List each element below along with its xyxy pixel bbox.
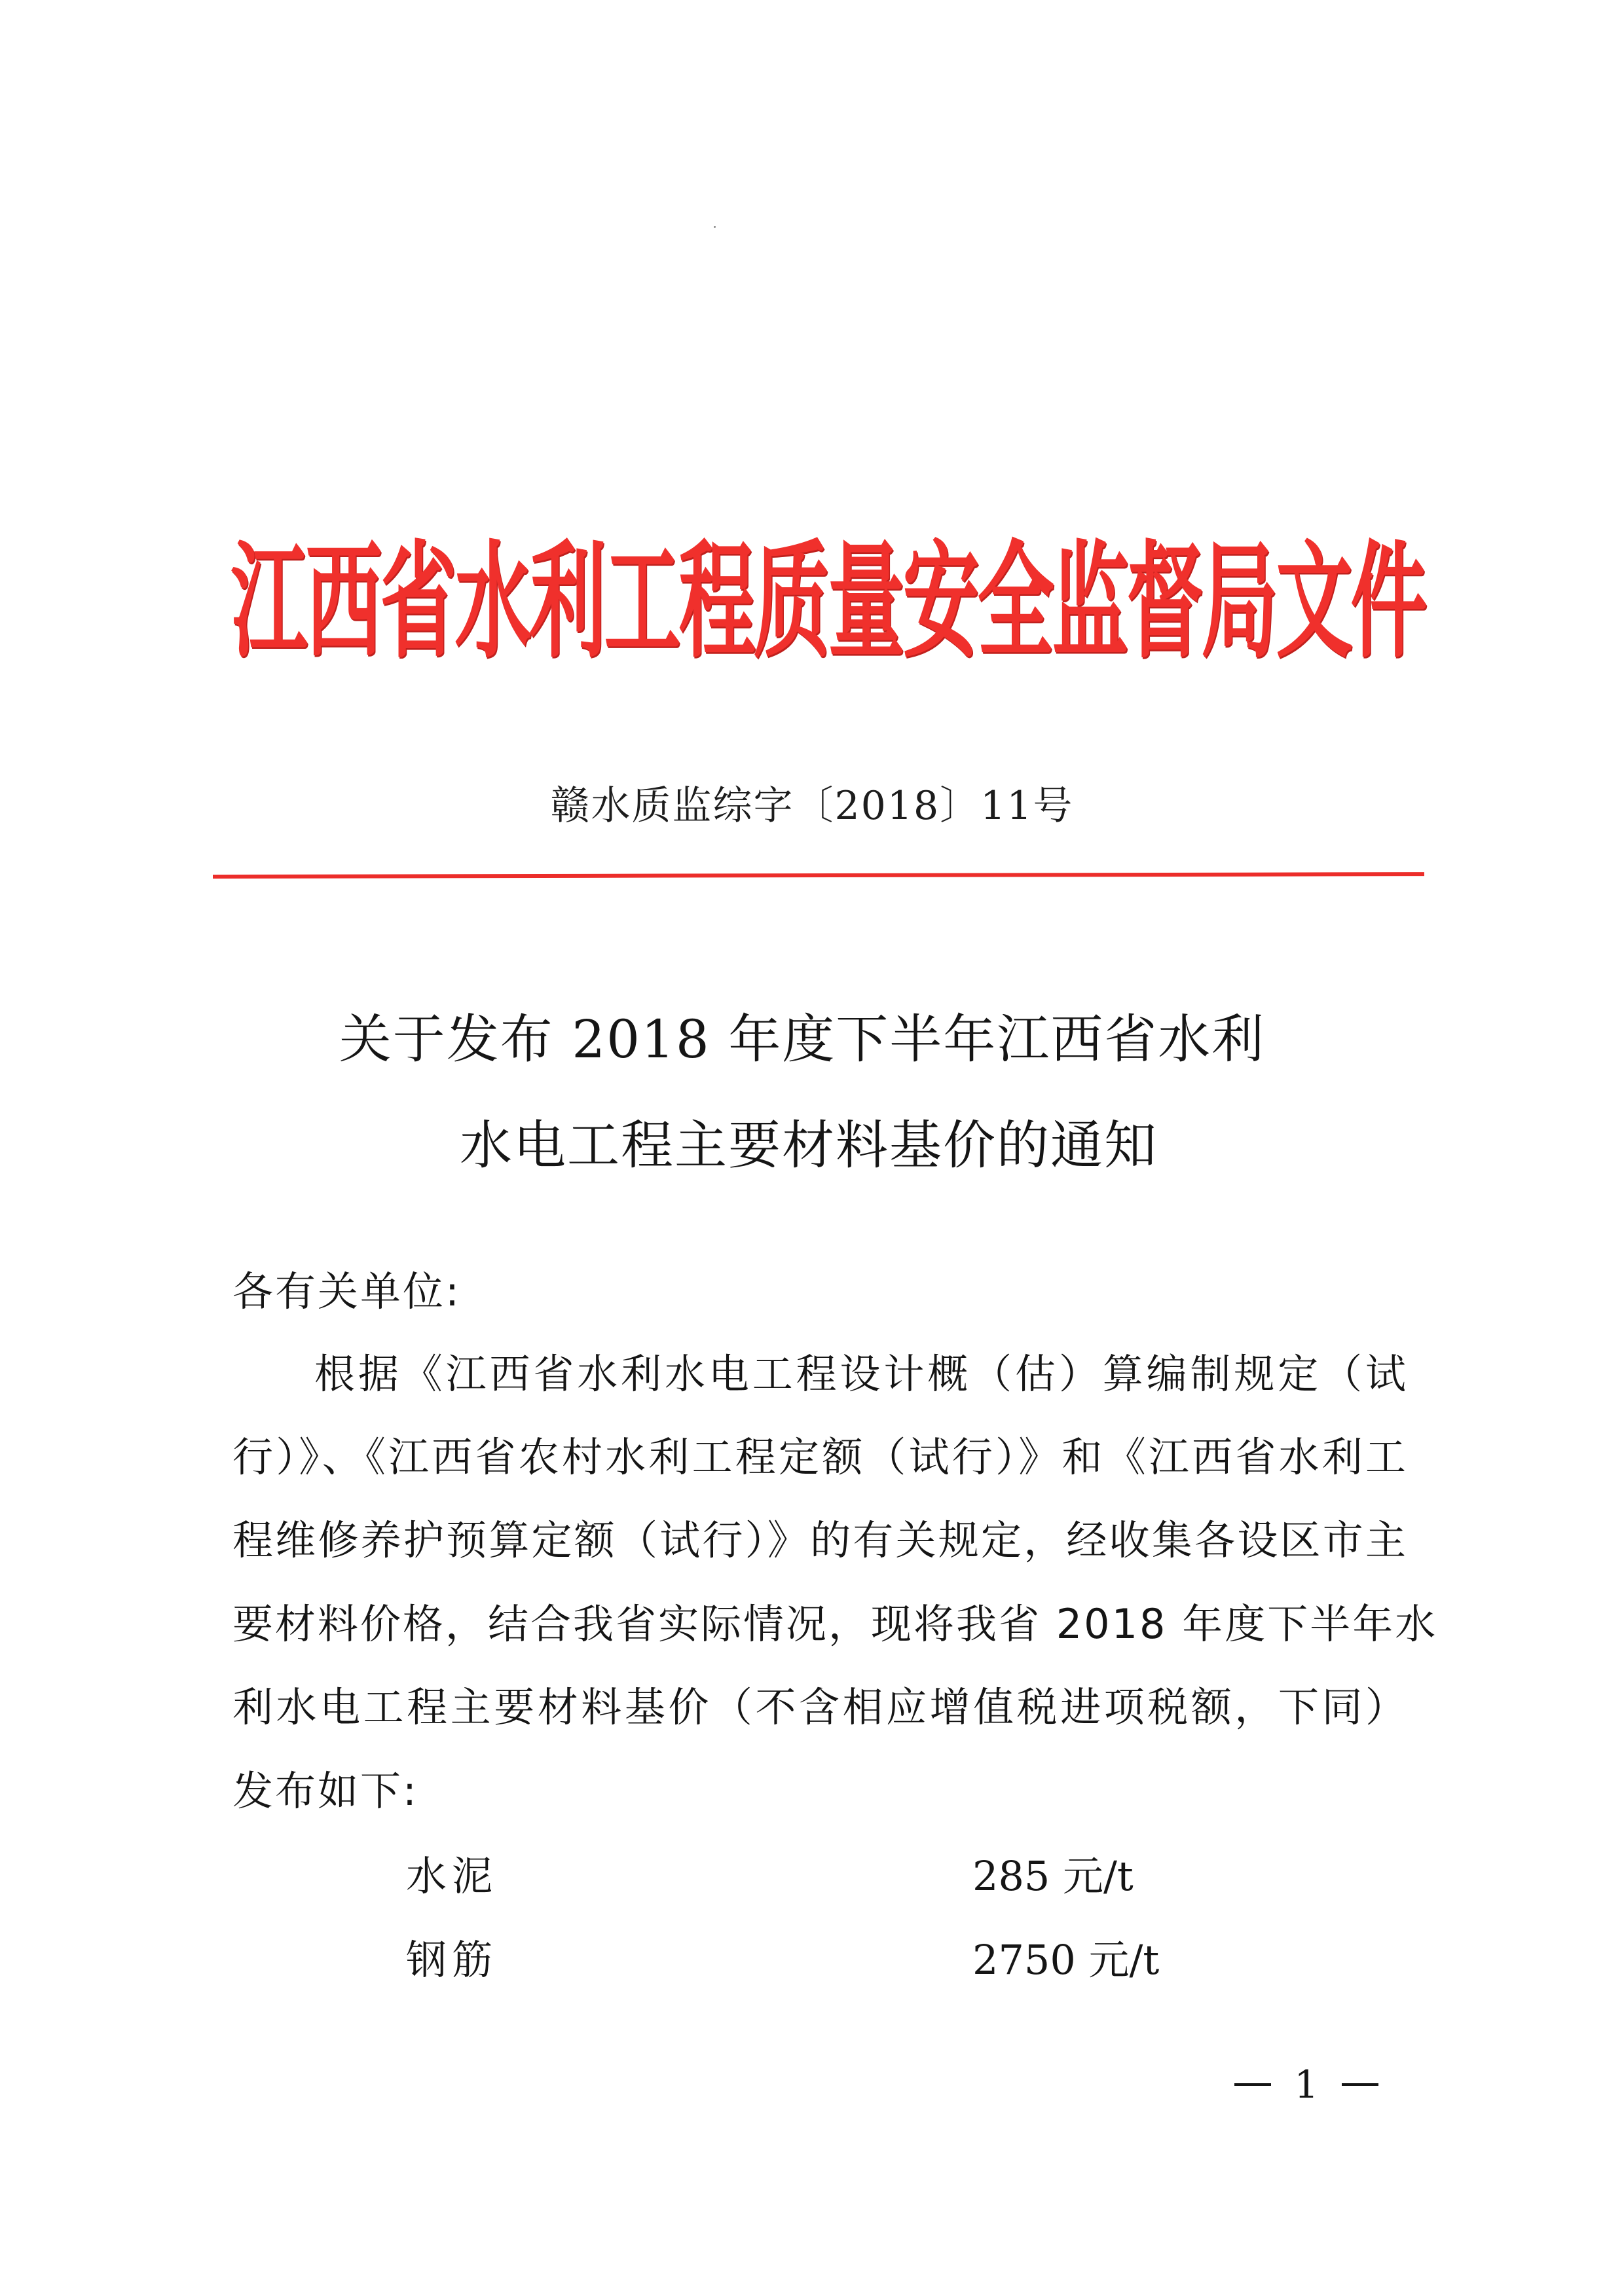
masthead-char: 监 [1052,539,1111,665]
salutation: 各有关单位: [232,1271,1411,1312]
page-number: 1 [1234,2062,1378,2107]
body-line: 程维修养护预算定额（试行）》的有关规定，经收集各设区市主 [232,1520,1408,1561]
masthead-char: 局 [1202,539,1260,665]
body-line: 要材料价格，结合我省实际情况，现将我省 2018 年度下半年水 [232,1604,1408,1645]
notice-title-line-1: 关于发布 2018 年度下半年江西省水利 [0,1013,1624,1066]
dash-right [1342,2083,1378,2086]
dash-left [1234,2083,1271,2086]
masthead-char: 件 [1351,539,1409,665]
masthead-char: 程 [679,539,737,665]
masthead-char: 量 [828,539,887,665]
document-masthead: 江 西 省 水 利 工 程 质 量 安 全 监 督 局 文 件 [223,524,1414,681]
masthead-char: 全 [978,539,1036,665]
masthead-char: 江 [231,539,289,665]
masthead-char: 文 [1276,539,1335,665]
material-name-cement: 水泥 [406,1856,498,1897]
body-line: 行）》、《江西省农村水利工程定额（试行）》和《江西省水利工 [232,1437,1408,1478]
body-line: 利水电工程主要材料基价（不含相应增值税进项税额，下同） [232,1687,1408,1728]
masthead-char: 水 [455,539,513,665]
body-line: 根据《江西省水利水电工程设计概（估）算编制规定（试 [314,1354,1408,1394]
body-line: 发布如下: [232,1771,1411,1812]
masthead-char: 质 [754,539,812,665]
masthead-char: 工 [604,539,663,665]
masthead-char: 省 [380,539,439,665]
masthead-char: 督 [1127,539,1185,665]
scan-speck [714,226,716,228]
material-price-rebar: 2750 元/t [972,1940,1159,1980]
page-number-value: 1 [1295,2062,1319,2107]
masthead-char: 西 [306,539,364,665]
material-name-rebar: 钢筋 [406,1940,498,1980]
red-divider-rule [213,872,1424,879]
document-number: 赣水质监综字〔2018〕11号 [0,782,1624,829]
masthead-char: 安 [903,539,961,665]
notice-title-line-2: 水电工程主要材料基价的通知 [0,1120,1624,1172]
masthead-char: 利 [530,539,588,665]
material-price-cement: 285 元/t [972,1856,1134,1897]
